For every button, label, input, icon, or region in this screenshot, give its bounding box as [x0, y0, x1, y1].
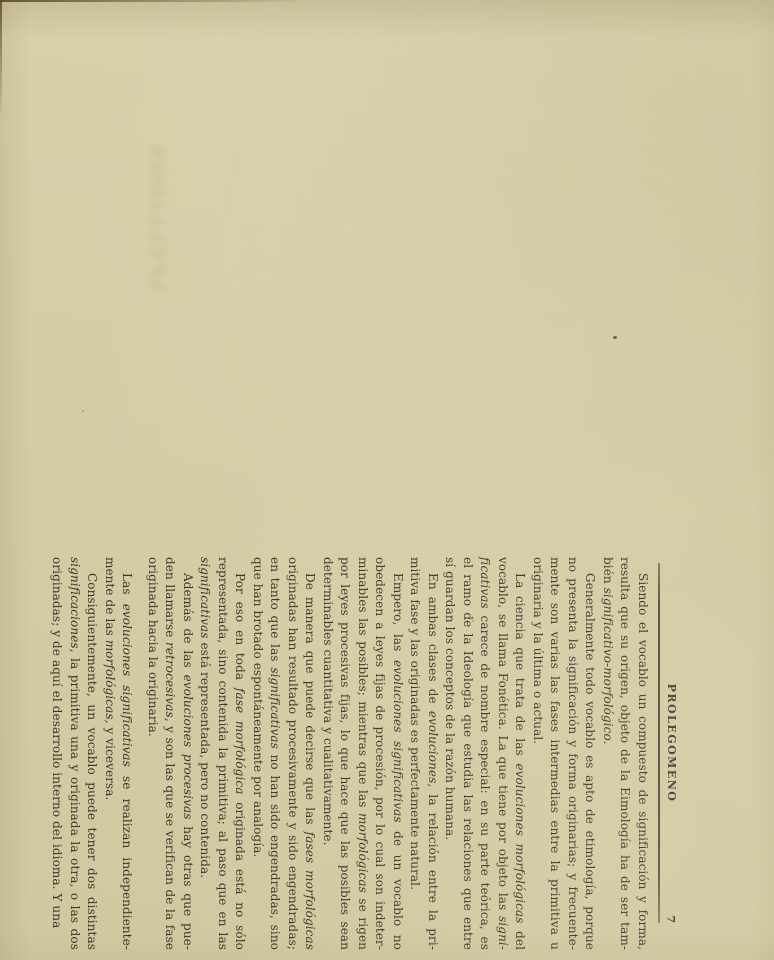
text-line: en tanto que las significativas no han s…: [266, 557, 284, 950]
text-line: minables las posibles; mientras que las …: [354, 557, 372, 950]
text-line: obedecen a leyes fijas de procesión, por…: [371, 557, 389, 950]
text-line: Las evoluciones significativas se realiz…: [118, 557, 136, 950]
paragraph: La ciencia que trata de las evoluciones …: [441, 557, 529, 950]
text-line: den llamarse retrocesivas, y son las que…: [161, 557, 179, 950]
text-line: En ambas clases de evoluciones, la relac…: [424, 557, 442, 950]
text-line: vocablo, se llama Fonética. La que tiene…: [494, 557, 512, 950]
text-line: mente son varias las fases intermedias e…: [546, 557, 564, 950]
text-column: PROLEGOMENO 7 Siendo el vocablo un compu…: [48, 557, 678, 950]
paragraph: Las evoluciones significativas se realiz…: [101, 557, 136, 950]
text-line: originada hacia la originaria.: [144, 557, 162, 950]
paragraph: Además de las evoluciones procesivas hay…: [144, 557, 197, 950]
text-line: resulta que su origen, objeto de la Eimo…: [616, 557, 634, 950]
text-line: Consiguientemente, un vocablo puede tene…: [83, 557, 101, 950]
paragraph: Consiguientemente, un vocablo puede tene…: [48, 557, 101, 950]
text-line: Siendo el vocablo un compuesto de signif…: [634, 557, 652, 950]
text-line: mitiva fase y las originadas es perfecta…: [406, 557, 424, 950]
text-line: mente de las morfológicas, y viceversa.: [101, 557, 119, 950]
scanned-page: APELLIDOS PROLEGOMENO 7 Siendo el vocabl…: [0, 0, 774, 960]
ink-speck: [82, 410, 84, 412]
text-line: La ciencia que trata de las evoluciones …: [511, 557, 529, 950]
header-rule: [658, 563, 660, 923]
show-through-ghost: APELLIDOS: [145, 168, 171, 294]
text-line: Por eso en toda fase morfológica origina…: [231, 557, 249, 950]
paragraph: Empero, las evoluciones significativas d…: [319, 557, 407, 950]
text-line: que han brotado espontáneamente por anal…: [249, 557, 267, 950]
text-line: De manera que puede decirse que las fase…: [301, 557, 319, 950]
page-header: PROLEGOMENO 7: [664, 563, 678, 923]
text-line: el ramo de la Ideología que estudia las …: [459, 557, 477, 950]
text-line: bién significativo-morfológico.: [599, 557, 617, 950]
text-line: originaria y la última o actual.: [529, 557, 547, 950]
paragraph: Generalmente todo vocablo es apto de eti…: [529, 557, 599, 950]
running-title: PROLEGOMENO: [665, 684, 678, 803]
paragraph: Siendo el vocablo un compuesto de signif…: [599, 557, 652, 950]
text-line: significaciones, la primitiva una y orig…: [66, 557, 84, 950]
body-text: Siendo el vocablo un compuesto de signif…: [48, 557, 651, 950]
text-line: sí guardan los conceptos de la razón hum…: [441, 557, 459, 950]
text-line: no presenta la significación y forma ori…: [564, 557, 582, 950]
ink-speck: [613, 336, 617, 339]
text-line: representada, sino contenida la primitiv…: [214, 557, 232, 950]
paragraph: Por eso en toda fase morfológica origina…: [196, 557, 249, 950]
text-line: originadas han resultado procesivamente …: [284, 557, 302, 950]
text-line: originadas; y de aquí el desarrollo inte…: [48, 557, 66, 950]
text-line: Empero, las evoluciones significativas d…: [389, 557, 407, 950]
paragraph: En ambas clases de evoluciones, la relac…: [406, 557, 441, 950]
text-line: Además de las evoluciones procesivas hay…: [179, 557, 197, 950]
text-line: por leyes procesivas fijas, lo que hace …: [336, 557, 354, 950]
text-line: ficativas carece de nombre especial: en …: [476, 557, 494, 950]
text-line: Generalmente todo vocablo es apto de eti…: [581, 557, 599, 950]
text-line: determinables cuantitativa y cualitativa…: [319, 557, 337, 950]
paragraph: De manera que puede decirse que las fase…: [249, 557, 319, 950]
text-line: significativas está representada, pero n…: [196, 557, 214, 950]
page-number: 7: [663, 915, 677, 923]
book-page: APELLIDOS PROLEGOMENO 7 Siendo el vocabl…: [0, 0, 774, 960]
